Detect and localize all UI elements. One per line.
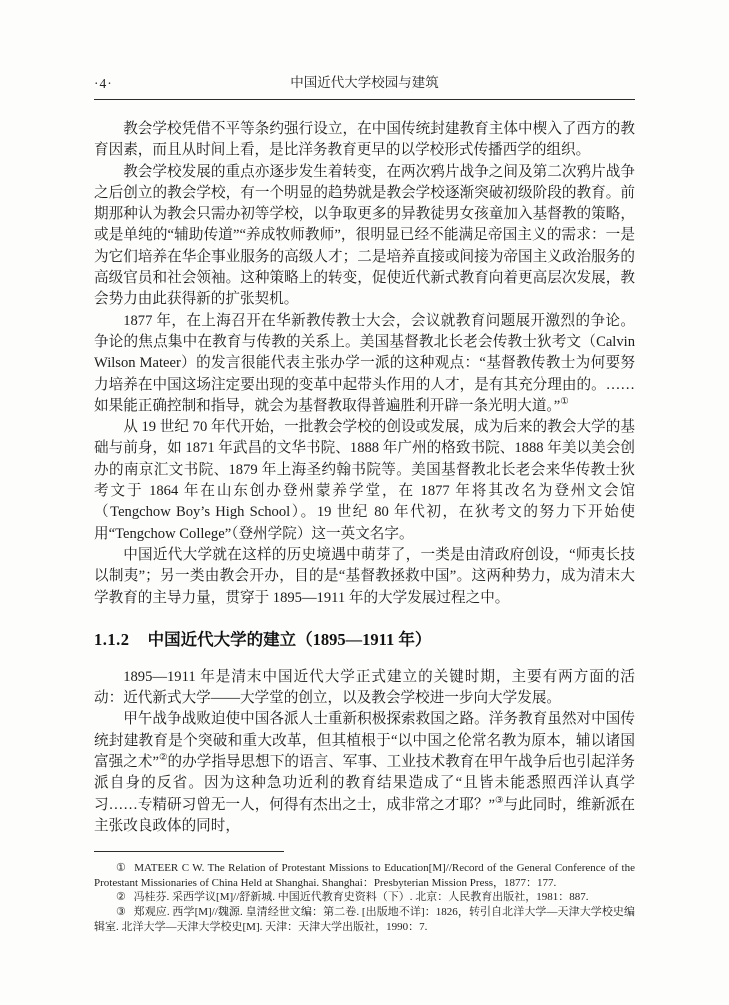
paragraphs-before-heading: 教会学校凭借不平等条约强行设立，在中国传统封建教育主体中楔入了西方的教育因素，而… xyxy=(94,119,635,609)
page-content: ·4· 中国近代大学校园与建筑 教会学校凭借不平等条约强行设立，在中国传统封建教… xyxy=(0,74,729,934)
paragraph: 1895—1911 年是清末中国近代大学正式建立的关键时期，主要有两方面的活动：… xyxy=(94,667,635,710)
section-title: 中国近代大学的建立（1895—1911 年） xyxy=(148,630,432,649)
footnote-ref: ③ xyxy=(495,796,504,806)
paragraph: 教会学校发展的重点亦逐步发生着转变，在两次鸦片战争之间及第二次鸦片战争之后创立的… xyxy=(94,162,635,311)
paragraph: 从 19 世纪 70 年代开始，一批教会学校的创设或发展，成为后来的教会大学的基… xyxy=(94,417,635,545)
book-page: ·4· 中国近代大学校园与建筑 教会学校凭借不平等条约强行设立，在中国传统封建教… xyxy=(0,0,729,1005)
section-number: 1.1.2 xyxy=(94,630,130,649)
footnote-text: MATEER C W. The Relation of Protestant M… xyxy=(94,862,635,889)
body-text: 教会学校凭借不平等条约强行设立，在中国传统封建教育主体中楔入了西方的教育因素，而… xyxy=(94,119,635,837)
footnote-item: ③郑观应. 西学[M]//魏源. 皇清经世文编：第二卷. [出版地不详]：182… xyxy=(94,905,635,934)
footnote-marker: ① xyxy=(116,862,127,874)
paragraph: 教会学校凭借不平等条约强行设立，在中国传统封建教育主体中楔入了西方的教育因素，而… xyxy=(94,119,635,162)
page-header: ·4· 中国近代大学校园与建筑 xyxy=(94,74,635,91)
running-title: 中国近代大学校园与建筑 xyxy=(290,75,439,90)
paragraphs-after-heading: 1895—1911 年是清末中国近代大学正式建立的关键时期，主要有两方面的活动：… xyxy=(94,667,635,837)
footnote-item: ②冯桂芬. 采西学议[M]//舒新城. 中国近代教育史资料（下）. 北京：人民教… xyxy=(94,890,635,905)
footnote-text: 郑观应. 西学[M]//魏源. 皇清经世文编：第二卷. [出版地不详]：1826… xyxy=(94,906,635,933)
paragraph: 1877 年，在上海召开在华新教传教士大会，会议就教育问题展开激烈的争论。争论的… xyxy=(94,311,635,417)
paragraph: 甲午战争战败迫使中国各派人士重新积极探索救国之路。洋务教育虽然对中国传统封建教育… xyxy=(94,709,635,837)
footnote-ref: ① xyxy=(560,397,569,407)
footnote-text: 冯桂芬. 采西学议[M]//舒新城. 中国近代教育史资料（下）. 北京：人民教育… xyxy=(134,891,589,903)
footnote-marker: ② xyxy=(116,891,126,903)
header-rule xyxy=(94,99,635,100)
footnote-marker: ③ xyxy=(116,906,126,918)
page-number: ·4· xyxy=(94,75,113,92)
footnote-separator xyxy=(94,851,284,852)
footnote-item: ①MATEER C W. The Relation of Protestant … xyxy=(94,861,635,890)
section-heading: 1.1.2中国近代大学的建立（1895—1911 年） xyxy=(94,627,635,653)
footnote-ref: ② xyxy=(159,753,168,763)
paragraph: 中国近代大学就在这样的历史境遇中萌芽了，一类是由清政府创设，“师夷长技以制夷”；… xyxy=(94,545,635,609)
footnotes: ①MATEER C W. The Relation of Protestant … xyxy=(94,861,635,934)
